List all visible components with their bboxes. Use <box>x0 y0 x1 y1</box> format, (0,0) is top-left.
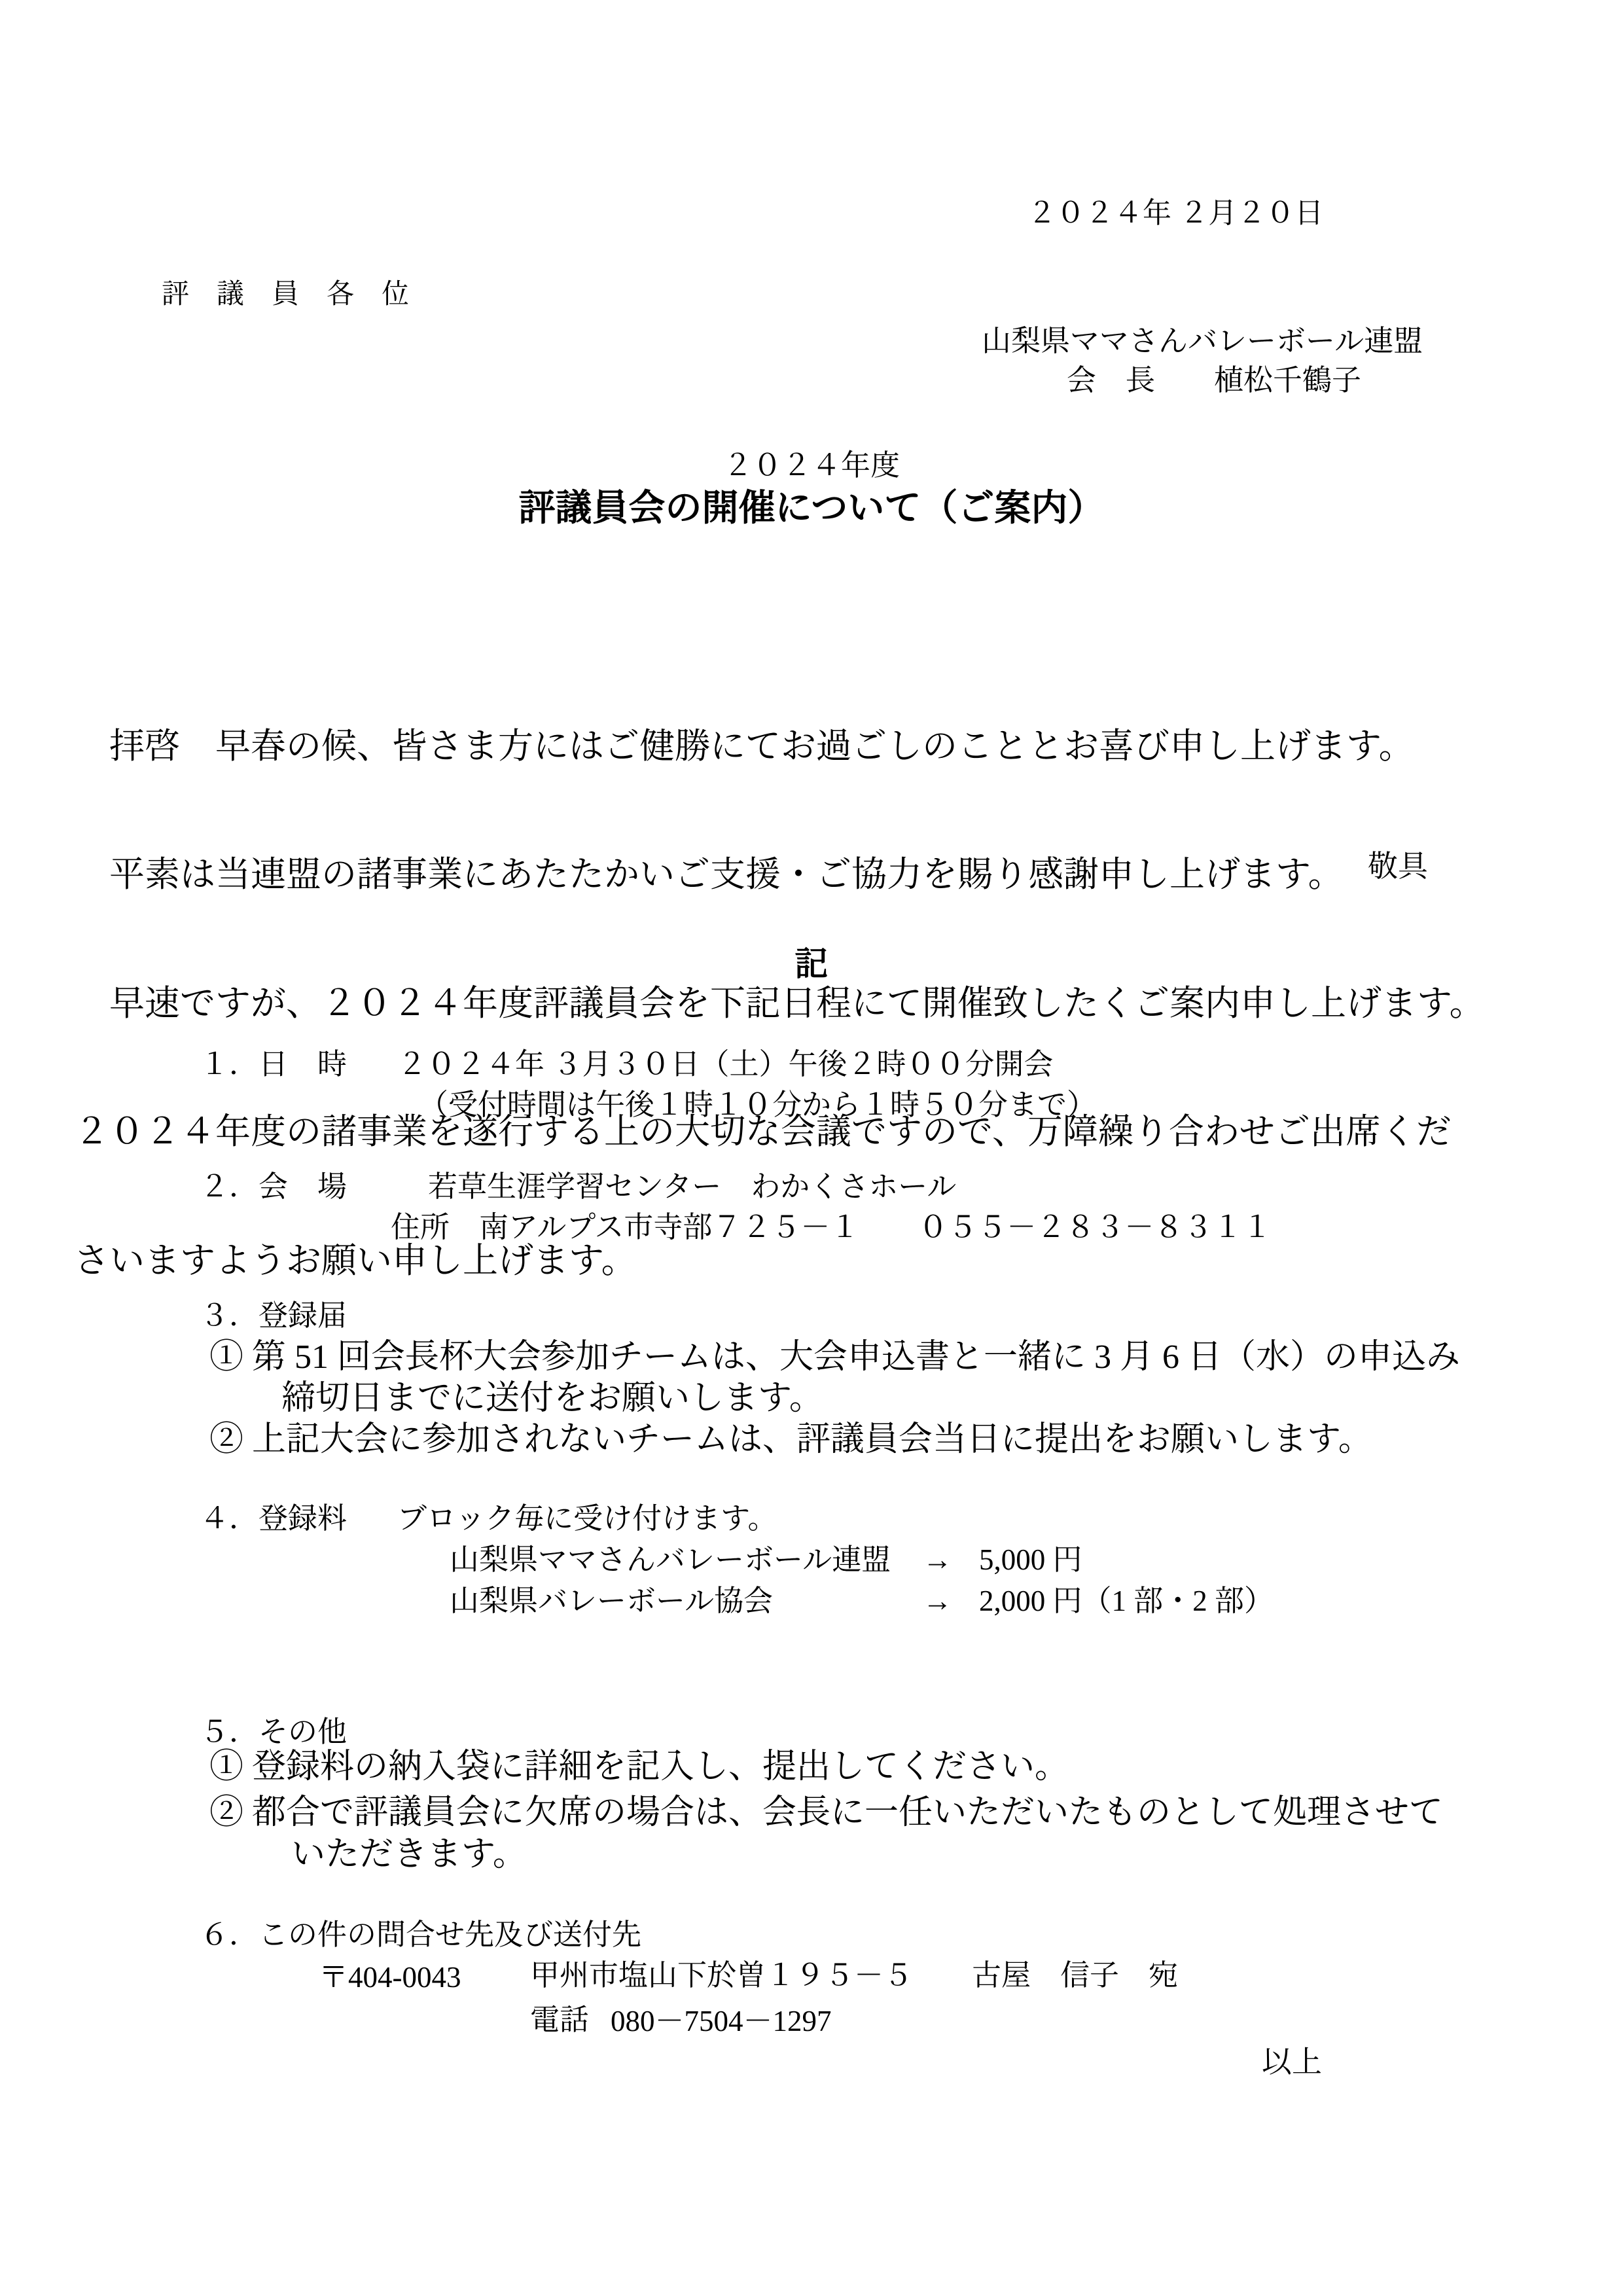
arrow-right-icon: → <box>923 1583 979 1619</box>
fiscal-year-heading: ２０２４年度 <box>0 448 1623 483</box>
item3-bullet2: ② 上記大会に参加されないチームは、評議員会当日に提出をお願いします。 <box>209 1420 1372 1460</box>
fee-organization: 山梨県ママさんバレーボール連盟 <box>450 1542 923 1577</box>
item2-label-venue: ２．会 場 <box>200 1169 347 1204</box>
item5-bullet2-continuation: いただきます。 <box>291 1835 527 1875</box>
fee-row: 山梨県バレーボール協会 → 2,000 円（1 部・2 部） <box>450 1583 1274 1619</box>
item3-label-registration: ３．登録届 <box>200 1298 347 1333</box>
ki-heading: 記 <box>0 944 1623 984</box>
fee-amount: 5,000 円 <box>979 1542 1082 1577</box>
item3-bullet1-continuation: 締切日までに送付をお願いします。 <box>281 1378 823 1419</box>
item1-reception-note: （受付時間は午後１時１０分から１時５０分まで） <box>419 1087 1096 1122</box>
contact-address: 甲州市塩山下於曽１９５－５ 古屋 信子 宛 <box>530 1958 1178 1993</box>
greeting-line: 平素は当連盟の諸事業にあたたかいご支援・ご協力を賜り感謝申し上げます。 <box>74 853 1485 897</box>
item1-datetime-value: ２０２４年 ３月３０日（土）午後２時００分開会 <box>397 1047 1054 1082</box>
item3-bullet1: ① 第 51 回会長杯大会参加チームは、大会申込書と一緒に 3 月 6 日（水）… <box>209 1337 1460 1378</box>
contact-postal-code: 〒404-0043 <box>319 1960 461 1995</box>
fee-amount: 2,000 円（1 部・2 部） <box>979 1583 1274 1619</box>
closing-keigu: 敬具 <box>1368 848 1428 884</box>
greeting-paragraphs: 拝啓 早春の候、皆さま方にはご健勝にてお過ごしのこととお喜び申し上げます。 平素… <box>74 640 1485 1369</box>
document-page: ２０２４年 ２月２０日 評 議 員 各 位 山梨県ママさんバレーボール連盟 会 … <box>0 0 1623 2296</box>
item1-label-datetime: １．日 時 <box>200 1047 347 1082</box>
document-date: ２０２４年 ２月２０日 <box>1027 196 1323 231</box>
item4-fee-note: ブロック毎に受け付けます。 <box>397 1501 777 1536</box>
item2-venue-address: 住所 南アルプス市寺部７２５－１ ０５５－２８３－８３１１ <box>391 1210 1272 1245</box>
item5-bullet1: ① 登録料の納入袋に詳細を記入し、提出してください。 <box>209 1747 1069 1787</box>
sender-organization: 山梨県ママさんバレーボール連盟 <box>982 323 1423 359</box>
sender-president-name: 会 長 植松千鶴子 <box>1067 363 1361 398</box>
greeting-line: 拝啓 早春の候、皆さま方にはご健勝にてお過ごしのこととお喜び申し上げます。 <box>74 725 1485 769</box>
greeting-line: さいますようお願い申し上げます。 <box>74 1240 1485 1283</box>
item6-label-contact: ６．この件の問合せ先及び送付先 <box>200 1917 641 1952</box>
item5-label-other: ５．その他 <box>200 1714 347 1749</box>
fee-organization: 山梨県バレーボール協会 <box>450 1583 923 1619</box>
item4-label-fee: ４．登録料 <box>200 1501 347 1536</box>
arrow-right-icon: → <box>923 1542 979 1577</box>
contact-tel-label: 電話 <box>530 2002 589 2037</box>
closing-ijou: 以上 <box>1262 2044 1322 2080</box>
recipient-line: 評 議 員 各 位 <box>162 278 409 310</box>
item2-venue-name: 若草生涯学習センター わかくさホール <box>428 1169 956 1204</box>
greeting-line: 早速ですが、２０２４年度評議員会を下記日程にて開催致したくご案内申し上げます。 <box>74 982 1485 1026</box>
item5-bullet2: ② 都合で評議員会に欠席の場合は、会長に一任いただいたものとして処理させて <box>209 1793 1443 1833</box>
document-title: 評議員会の開催について（ご案内） <box>0 486 1623 529</box>
fee-row: 山梨県ママさんバレーボール連盟 → 5,000 円 <box>450 1542 1082 1577</box>
contact-tel-number: 080－7504－1297 <box>611 2003 832 2039</box>
